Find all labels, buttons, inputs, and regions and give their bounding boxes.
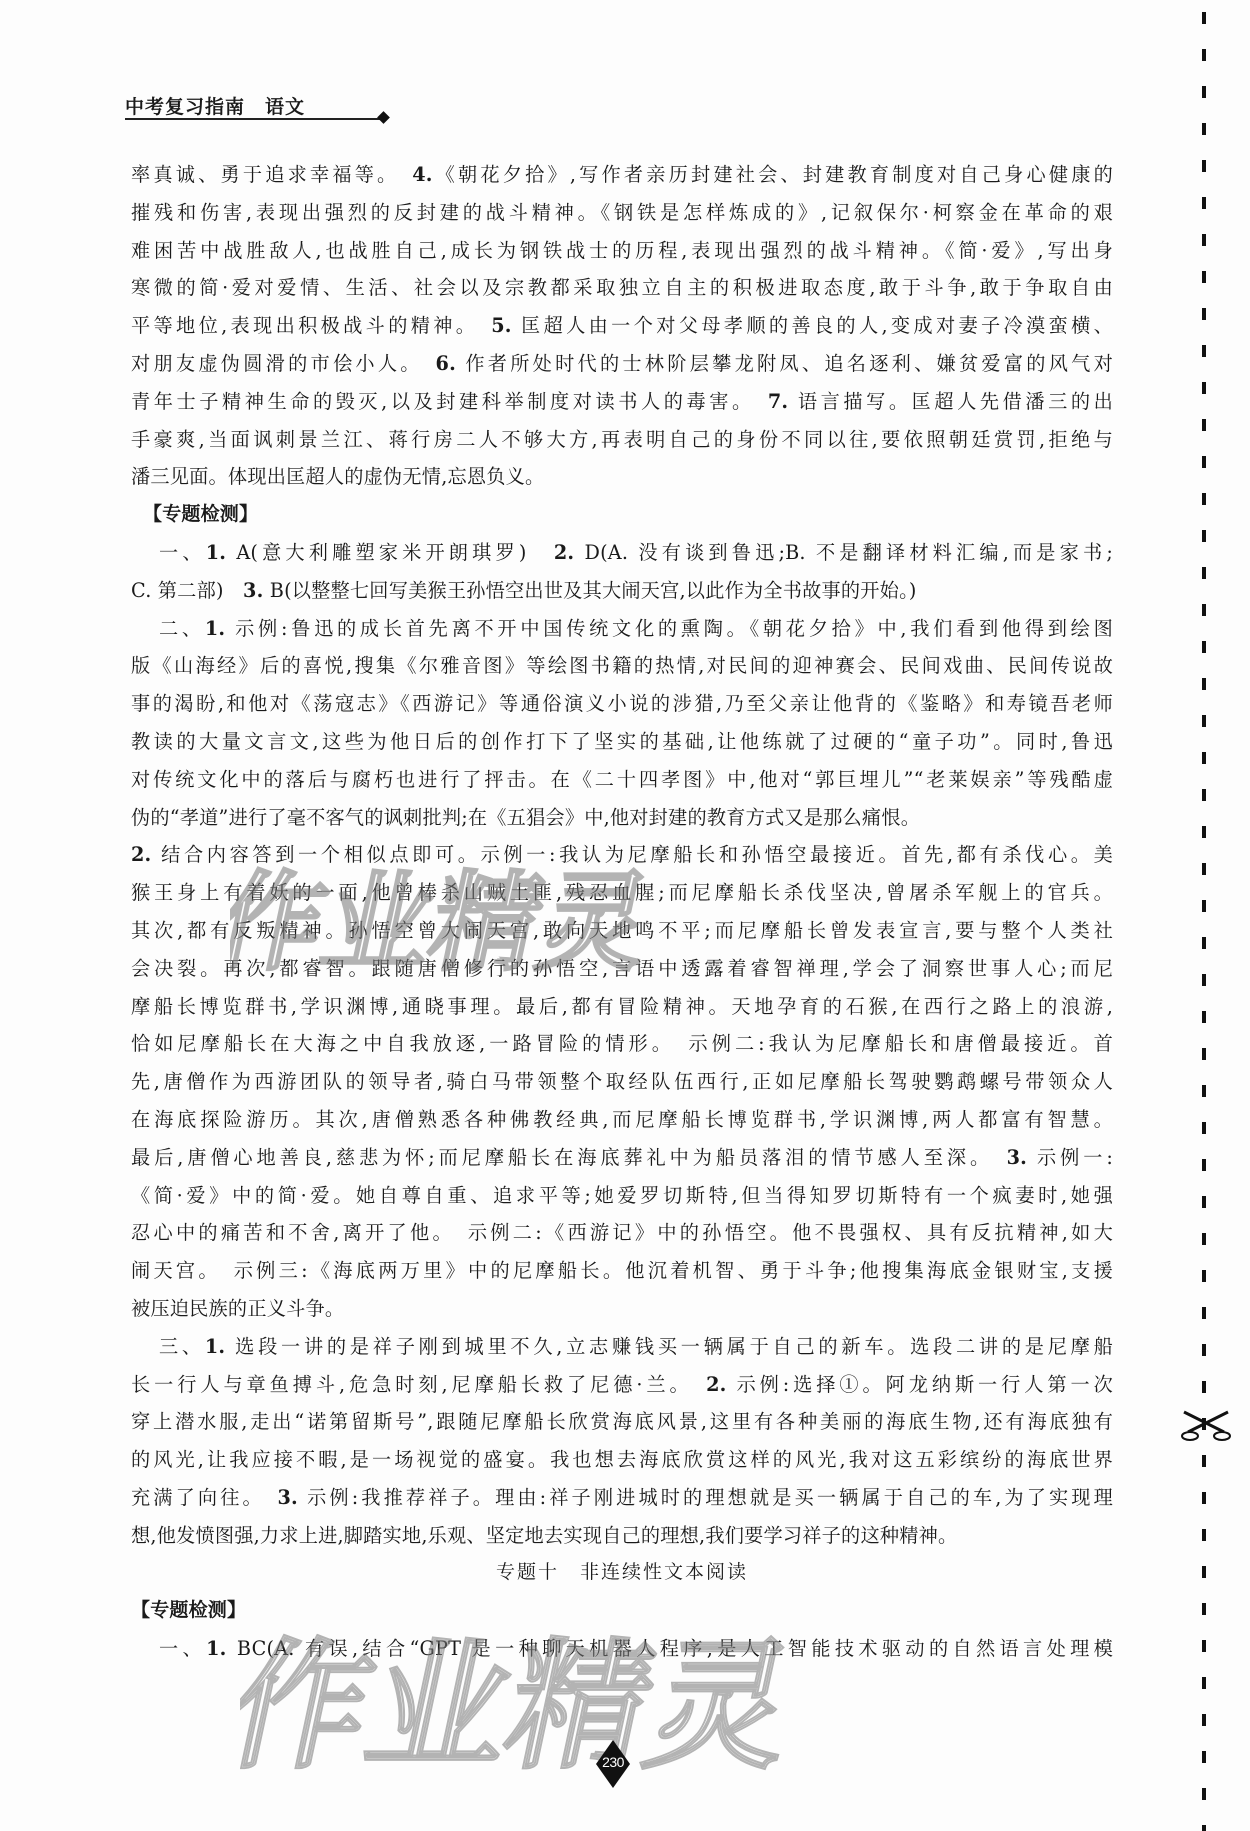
text-line: 伪的“孝道”进行了毫不客气的讽刺批判;在《五猖会》中,他对封建的教育方式又是那么… (131, 799, 1113, 837)
text-line: 对朋友虚伪圆滑的市侩小人。 6. 作者所处时代的士林阶层攀龙附凤、追名逐利、嫌贫… (131, 345, 1113, 383)
header-rule (125, 118, 383, 120)
text-line: 二、1. 示例:鲁迅的成长首先离不开中国传统文化的熏陶。《朝花夕拾》中,我们看到… (131, 610, 1113, 648)
text-line: 最后,唐僧心地善良,慈悲为怀;而尼摩船长在海底葬礼中为船员落泪的情节感人至深。 … (131, 1139, 1113, 1177)
text-line: 恰如尼摩船长在大海之中自我放逐,一路冒险的情形。 示例二:我认为尼摩船长和唐僧最… (131, 1025, 1113, 1063)
answer-text-body: 率真诚、勇于追求幸福等。 4.《朝花夕拾》,写作者亲历封建社会、封建教育制度对自… (131, 156, 1113, 1668)
chapter-title: 专题十 非连续性文本阅读 (131, 1554, 1113, 1592)
text-line: 想,他发愤图强,力求上进,脚踏实地,乐观、坚定地去实现自己的理想,我们要学习祥子… (131, 1517, 1113, 1555)
text-line: 事的渴盼,和他对《荡寇志》《西游记》等通俗演义小说的涉猎,乃至父亲让他背的《鉴略… (131, 685, 1113, 723)
text-line: 教读的大量文言文,这些为他日后的创作打下了坚实的基础,让他练就了过硬的“童子功”… (131, 723, 1113, 761)
text-line: 的风光,让我应接不暇,是一场视觉的盛宴。我也想去海底欣赏这样的风光,我对这五彩缤… (131, 1441, 1113, 1479)
text-line: 猴王身上有着妖的一面,他曾棒杀山贼土匪,残忍血腥;而尼摩船长杀伐坚决,曾屠杀军舰… (131, 874, 1113, 912)
text-line: 一、1. BC(A. 有误,结合“GPT 是一种聊天机器人程序,是人工智能技术驱… (131, 1630, 1113, 1668)
book-title: 中考复习指南 (125, 96, 245, 118)
text-line: 率真诚、勇于追求幸福等。 4.《朝花夕拾》,写作者亲历封建社会、封建教育制度对自… (131, 156, 1113, 194)
text-line: 一、1. A(意大利雕塑家米开朗琪罗) 2. D(A. 没有谈到鲁迅;B. 不是… (131, 534, 1113, 572)
text-line: 难困苦中战胜敌人,也战胜自己,成长为钢铁战士的历程,表现出强烈的战斗精神。《简·… (131, 232, 1113, 270)
text-line: 青年士子精神生命的毁灭,以及封建科举制度对读书人的毒害。 7. 语言描写。匡超人… (131, 383, 1113, 421)
header-title: 中考复习指南语文 (125, 92, 395, 119)
text-line: 长一行人与章鱼搏斗,危急时刻,尼摩船长救了尼德·兰。 2. 示例:选择①。阿龙纳… (131, 1366, 1113, 1404)
page-number-badge: 230 (596, 1740, 630, 1788)
text-line: 摩船长博览群书,学识渊博,通晓事理。最后,都有冒险精神。天地孕育的石猴,在西行之… (131, 988, 1113, 1026)
text-line: 闹天宫。 示例三:《海底两万里》中的尼摩船长。他沉着机智、勇于斗争;他搜集海底金… (131, 1252, 1113, 1290)
text-line: 被压迫民族的正义斗争。 (131, 1290, 1113, 1328)
section-heading: 【专题检测】 (131, 1592, 1113, 1630)
running-header: 中考复习指南语文 (125, 92, 395, 118)
section-heading: 【专题检测】 (131, 496, 1113, 534)
scissors-icon (1180, 1408, 1232, 1444)
text-line: 寒微的简·爱对爱情、生活、社会以及宗教都采取独立自主的积极进取态度,敢于斗争,敢… (131, 269, 1113, 307)
text-line: 其次,都有反叛精神。孙悟空曾大闹天宫,敢向天地鸣不平;而尼摩船长曾发表宣言,要与… (131, 912, 1113, 950)
text-line: C. 第二部) 3. B(以整整七回写美猴王孙悟空出世及其大闹天宫,以此作为全书… (131, 572, 1113, 610)
text-line: 潘三见面。体现出匡超人的虚伪无情,忘恩负义。 (131, 458, 1113, 496)
text-line: 平等地位,表现出积极战斗的精神。 5. 匡超人由一个对父母孝顺的善良的人,变成对… (131, 307, 1113, 345)
text-line: 对传统文化中的落后与腐朽也进行了抨击。在《二十四孝图》中,他对“郭巨埋儿”“老莱… (131, 761, 1113, 799)
text-line: 先,唐僧作为西游团队的领导者,骑白马带领整个取经队伍西行,正如尼摩船长驾驶鹦鹉螺… (131, 1063, 1113, 1101)
text-line: 版《山海经》后的喜悦,搜集《尔雅音图》等绘图书籍的热情,对民间的迎神赛会、民间戏… (131, 647, 1113, 685)
text-line: 会决裂。再次,都睿智。跟随唐僧修行的孙悟空,言语中透露着睿智禅理,学会了洞察世事… (131, 950, 1113, 988)
text-line: 三、1. 选段一讲的是祥子刚到城里不久,立志赚钱买一辆属于自己的新车。选段二讲的… (131, 1328, 1113, 1366)
text-line: 2. 结合内容答到一个相似点即可。示例一:我认为尼摩船长和孙悟空最接近。首先,都… (131, 836, 1113, 874)
text-line: 手豪爽,当面讽刺景兰江、蒋行房二人不够大方,再表明自己的身份不同以往,要依照朝廷… (131, 421, 1113, 459)
dashed-cut-line (1202, 0, 1206, 1831)
page-number: 230 (596, 1754, 630, 1770)
text-line: 在海底探险游历。其次,唐僧熟悉各种佛教经典,而尼摩船长博览群书,学识渊博,两人都… (131, 1101, 1113, 1139)
text-line: 摧残和伤害,表现出强烈的反封建的战斗精神。《钢铁是怎样炼成的》,记叙保尔·柯察金… (131, 194, 1113, 232)
text-line: 忍心中的痛苦和不舍,离开了他。 示例二:《西游记》中的孙悟空。他不畏强权、具有反… (131, 1214, 1113, 1252)
text-line: 《简·爱》中的简·爱。她自尊自重、追求平等;她爱罗切斯特,但当得知罗切斯特有一个… (131, 1177, 1113, 1215)
subject-label: 语文 (265, 96, 305, 118)
text-line: 穿上潜水服,走出“诺第留斯号”,跟随尼摩船长欣赏海底风景,这里有各种美丽的海底生… (131, 1403, 1113, 1441)
text-line: 充满了向往。 3. 示例:我推荐祥子。理由:祥子刚进城时的理想就是买一辆属于自己… (131, 1479, 1113, 1517)
